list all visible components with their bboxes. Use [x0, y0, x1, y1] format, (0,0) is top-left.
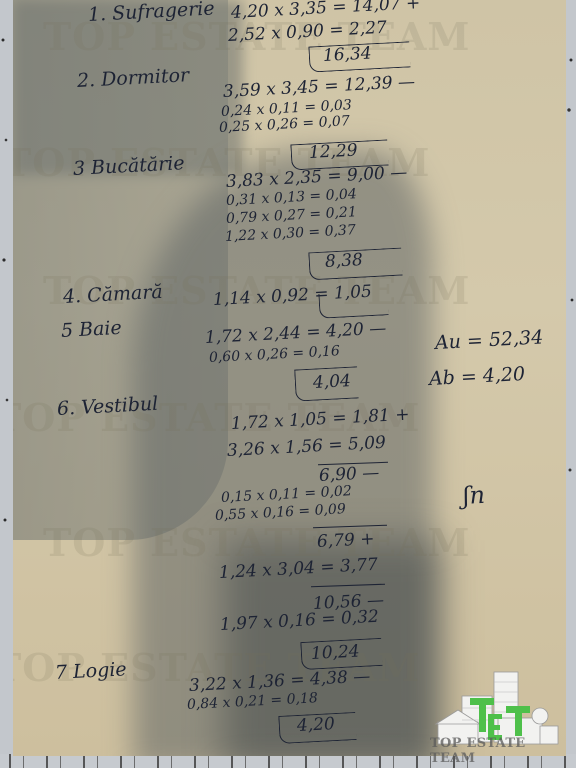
room-label: 5 Baie	[60, 317, 122, 342]
balcony-area: Ab = 4,20	[428, 363, 525, 390]
total-box	[318, 290, 388, 319]
room-total: 16,34	[322, 43, 372, 66]
room-label: 7 Logie	[54, 658, 127, 684]
signature: ʃn	[462, 481, 485, 510]
top-estate-team-logo: TOP ESTATE TEAM	[428, 668, 568, 768]
logo-text: TOP ESTATE TEAM	[430, 736, 568, 766]
room-total: 8,38	[324, 250, 363, 272]
handwritten-sheet: TOP ESTATE TEAM TOP ESTATE TEAM TOP ESTA…	[13, 0, 566, 756]
room-total: 4,20	[296, 714, 335, 736]
calc-line: 6,79 +	[316, 529, 374, 552]
room-total: 10,24	[310, 641, 360, 664]
room-total: 12,29	[308, 140, 358, 163]
usable-area: Au = 52,34	[434, 326, 543, 354]
calc-line: 4,20 x 3,35 = 14,07 +	[230, 0, 420, 23]
room-total: 4,04	[312, 371, 351, 393]
calc-line: 3,59 x 3,45 = 12,39 —	[222, 72, 415, 102]
